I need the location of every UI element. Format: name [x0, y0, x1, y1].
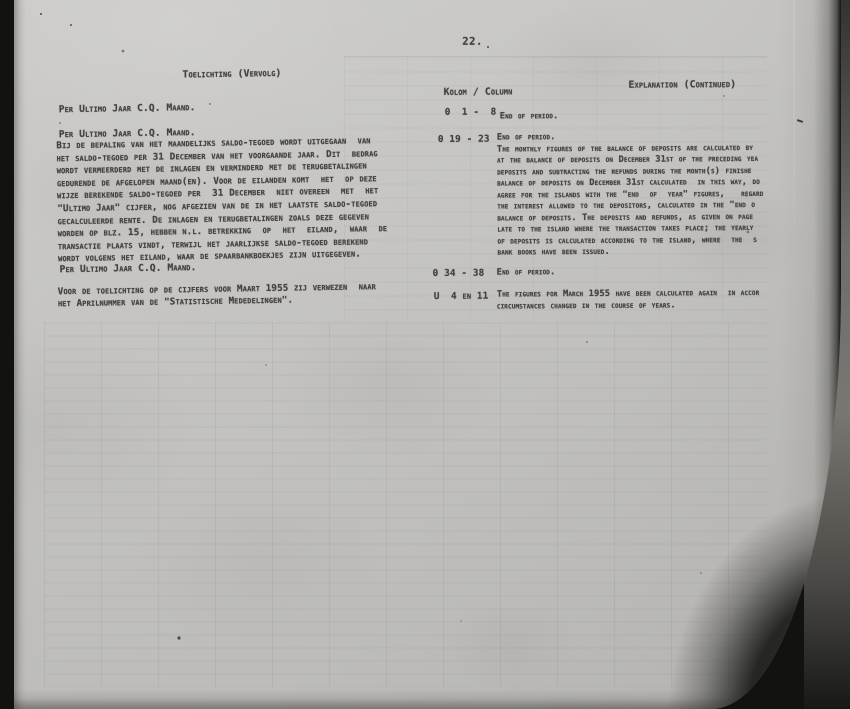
row1-explanation: End of period.: [500, 111, 559, 123]
header-explanation-continued: Explanation (Continued): [628, 79, 736, 91]
row2-explanation: End of period. The monthly figures of th…: [497, 131, 764, 259]
row2-column-ref: 0 19 - 23: [438, 134, 490, 145]
typewritten-content: 22. Toelichting (Vervolg) Kolom / Column…: [14, 0, 841, 709]
scanned-document-page: 22. Toelichting (Vervolg) Kolom / Column…: [0, 0, 850, 709]
row4-column-ref: U 4 en 11: [434, 291, 489, 302]
row4-explanation: The figures for March 1955 have been cal…: [497, 288, 760, 313]
row2-dutch-paragraph: Bij de bepaling van het maandelijks sald…: [56, 135, 387, 266]
row1-column-ref: 0 1 - 8: [445, 107, 497, 118]
header-toelichting-vervolg: Toelichting (Vervolg): [182, 68, 281, 81]
header-kolom-column: Kolom / Column: [444, 86, 513, 97]
page-number: 22.: [462, 36, 483, 48]
row1-dutch-label: Per Ultimo Jaar C.Q. Maand.: [59, 102, 196, 115]
row4-dutch-paragraph: Voor de toelichting op de cijfers voor M…: [58, 281, 377, 310]
row3-dutch-label: Per Ultimo Jaar C.Q. Maand.: [60, 262, 197, 275]
paper-sheet: 22. Toelichting (Vervolg) Kolom / Column…: [14, 0, 841, 709]
row3-explanation: End of period.: [497, 267, 556, 279]
row3-column-ref: 0 34 - 38: [433, 268, 485, 279]
